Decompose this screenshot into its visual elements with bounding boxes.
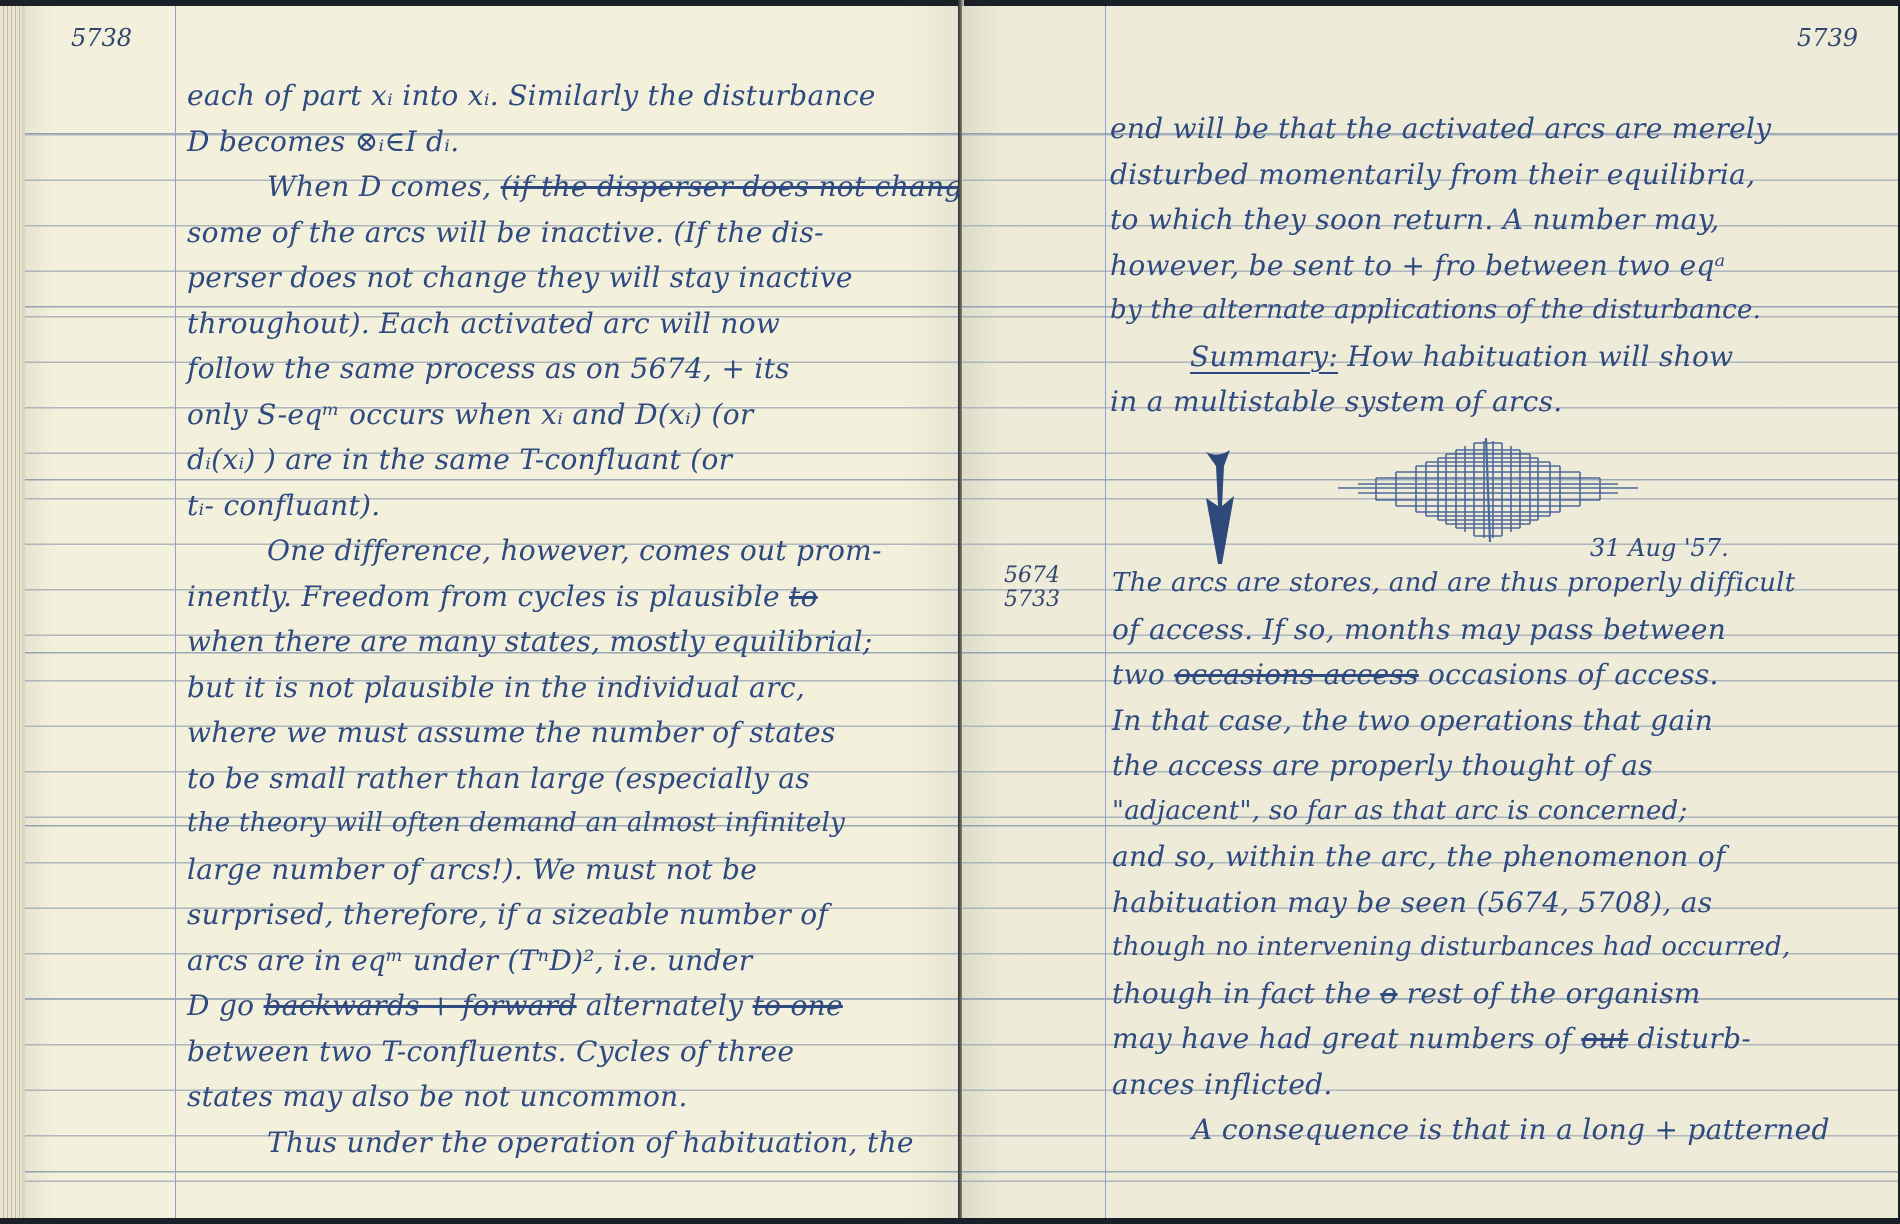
right-page-text-top: end will be that the activated arcs are … [1110, 106, 1890, 425]
line-text: may have had great numbers of [1112, 1022, 1581, 1055]
text-line: end will be that the activated arcs are … [1110, 106, 1890, 152]
line-text: throughout). Each activated arc will now [187, 307, 780, 340]
cross-reference: 5733 [1004, 588, 1060, 612]
line-text: habituation may be seen (5674, 5708), as [1112, 886, 1712, 919]
text-line: to which they soon return. A number may, [1110, 197, 1890, 243]
text-line: The arcs are stores, and are thus proper… [1112, 561, 1892, 607]
line-text: by the alternate applications of the dis… [1110, 295, 1761, 325]
struck-text: out [1581, 1022, 1628, 1055]
text-line: where we must assume the number of state… [187, 710, 957, 756]
text-line: and so, within the arc, the phenomenon o… [1112, 834, 1892, 880]
line-text: arcs are in eqᵐ under (TⁿD)², i.e. under [187, 944, 752, 977]
text-line: habituation may be seen (5674, 5708), as [1112, 880, 1892, 926]
page-edges [0, 6, 22, 1218]
line-text: D becomes ⊗ᵢ∈I dᵢ. [187, 125, 459, 158]
summary-heading: Summary: [1190, 340, 1338, 373]
text-line: large number of arcs!). We must not be [187, 847, 957, 893]
text-line: may have had great numbers of out distur… [1112, 1016, 1892, 1062]
line-text: and so, within the arc, the phenomenon o… [1112, 840, 1726, 873]
line-text: The arcs are stores, and are thus proper… [1112, 568, 1795, 598]
line-text: to be small rather than large (especiall… [187, 762, 810, 795]
right-page: 5739 end will be that the activated arcs… [962, 6, 1898, 1218]
line-text: tᵢ- confluant). [187, 489, 380, 522]
text-line: "adjacent", so far as that arc is concer… [1112, 789, 1892, 835]
line-text: though in fact the [1112, 977, 1380, 1010]
line-text: inently. Freedom from cycles is plausibl… [187, 580, 780, 613]
cross-reference: 5674 [1004, 564, 1060, 588]
line-text: Thus under the operation of habituation,… [267, 1126, 914, 1159]
text-line: some of the arcs will be inactive. (If t… [187, 210, 957, 256]
text-line: by the alternate applications of the dis… [1110, 288, 1890, 334]
text-line: only S-eqᵐ occurs when xᵢ and D(xᵢ) (or [187, 392, 957, 438]
text-line: states may also be not uncommon. [187, 1074, 957, 1120]
line-text: states may also be not uncommon. [187, 1080, 688, 1113]
text-line: though no intervening disturbances had o… [1112, 925, 1892, 971]
cross-hatched-diamond-icon [1338, 438, 1638, 542]
text-line: In that case, the two operations that ga… [1112, 698, 1892, 744]
struck-text: occasions access [1174, 658, 1419, 691]
margin-line [1105, 6, 1106, 1218]
line-text: follow the same process as on 5674, + it… [187, 352, 790, 385]
line-text: How habituation will show [1338, 340, 1733, 373]
entry-date: 31 Aug '57. [1590, 534, 1729, 562]
text-line: of access. If so, months may pass betwee… [1112, 607, 1892, 653]
text-line: tᵢ- confluant). [187, 483, 957, 529]
line-text: rest of the organism [1397, 977, 1700, 1010]
line-text: perser does not change they will stay in… [187, 261, 853, 294]
line-text: however, be sent to + fro between two eq… [1110, 249, 1725, 282]
line-text: disturb- [1628, 1022, 1751, 1055]
struck-text: (if the disperser does not change) [501, 170, 965, 203]
line-text: when there are many states, mostly equil… [187, 625, 873, 658]
struck-text: to one [753, 989, 843, 1022]
line-text: to which they soon return. A number may, [1110, 203, 1719, 236]
line-text: A consequence is that in a long + patter… [1192, 1113, 1830, 1146]
line-text: of access. If so, months may pass betwee… [1112, 613, 1726, 646]
line-text: D go [187, 989, 264, 1022]
text-line: though in fact the o rest of the organis… [1112, 971, 1892, 1017]
line-text: in a multistable system of arcs. [1110, 385, 1562, 418]
line-text: "adjacent", so far as that arc is concer… [1112, 796, 1688, 826]
line-text: alternately [577, 989, 753, 1022]
text-line: One difference, however, comes out prom- [187, 528, 957, 574]
text-line: When D comes, (if the disperser does not… [187, 164, 957, 210]
text-line: but it is not plausible in the individua… [187, 665, 957, 711]
line-text: each of part xᵢ into xᵢ. Similarly the d… [187, 79, 876, 112]
text-line: A consequence is that in a long + patter… [1112, 1107, 1892, 1153]
line-text: occasions of access. [1419, 658, 1719, 691]
line-text: dᵢ(xᵢ) ) are in the same T-confluant (or [187, 443, 732, 476]
text-line: inently. Freedom from cycles is plausibl… [187, 574, 957, 620]
struck-text: to [789, 580, 818, 613]
struck-text: o [1380, 977, 1397, 1010]
line-text: only S-eqᵐ occurs when xᵢ and D(xᵢ) (or [187, 398, 754, 431]
text-line: two occasions access occasions of access… [1112, 652, 1892, 698]
text-line: the access are properly thought of as [1112, 743, 1892, 789]
background-edge-bottom [0, 1218, 1900, 1224]
text-line: dᵢ(xᵢ) ) are in the same T-confluant (or [187, 437, 957, 483]
line-text: disturbed momentarily from their equilib… [1110, 158, 1755, 191]
text-line: ances inflicted. [1112, 1062, 1892, 1108]
text-line: the theory will often demand an almost i… [187, 801, 957, 847]
text-line: perser does not change they will stay in… [187, 255, 957, 301]
line-text: When D comes, [267, 170, 501, 203]
line-text: In that case, the two operations that ga… [1112, 704, 1713, 737]
text-line: throughout). Each activated arc will now [187, 301, 957, 347]
text-line: Summary: How habituation will show [1110, 334, 1890, 380]
text-line: follow the same process as on 5674, + it… [187, 346, 957, 392]
line-text: end will be that the activated arcs are … [1110, 112, 1771, 145]
margin-line [175, 6, 176, 1218]
page-number: 5738 [71, 24, 132, 52]
page-number: 5739 [1797, 24, 1858, 52]
line-text: One difference, however, comes out prom- [267, 534, 882, 567]
text-line: however, be sent to + fro between two eq… [1110, 243, 1890, 289]
left-page-text: each of part xᵢ into xᵢ. Similarly the d… [187, 66, 957, 1165]
line-text: some of the arcs will be inactive. (If t… [187, 216, 824, 249]
text-line: arcs are in eqᵐ under (TⁿD)², i.e. under [187, 938, 957, 984]
text-line: Thus under the operation of habituation,… [187, 1120, 957, 1166]
line-text: where we must assume the number of state… [187, 716, 836, 749]
line-text: the access are properly thought of as [1112, 749, 1653, 782]
text-line: each of part xᵢ into xᵢ. Similarly the d… [187, 73, 957, 119]
struck-text: backwards + forward [264, 989, 577, 1022]
right-page-text-bottom: The arcs are stores, and are thus proper… [1112, 561, 1892, 1153]
down-arrow-icon [1200, 446, 1240, 566]
text-line: D becomes ⊗ᵢ∈I dᵢ. [187, 119, 957, 165]
text-line: D go backwards + forward alternately to … [187, 983, 957, 1029]
line-text: but it is not plausible in the individua… [187, 671, 805, 704]
notebook-spread: 5738 each of part xᵢ into xᵢ. Similarly … [0, 0, 1900, 1224]
text-line: in a multistable system of arcs. [1110, 379, 1890, 425]
text-line: between two T-confluents. Cycles of thre… [187, 1029, 957, 1075]
line-text: ances inflicted. [1112, 1068, 1333, 1101]
cross-reference-numbers: 5674 5733 [1004, 564, 1060, 612]
text-line: to be small rather than large (especiall… [187, 756, 957, 802]
line-text: the theory will often demand an almost i… [187, 808, 845, 838]
left-page: 5738 each of part xᵢ into xᵢ. Similarly … [22, 6, 965, 1218]
line-text: surprised, therefore, if a sizeable numb… [187, 898, 828, 931]
line-text: large number of arcs!). We must not be [187, 853, 757, 886]
text-line: when there are many states, mostly equil… [187, 619, 957, 665]
line-text: between two T-confluents. Cycles of thre… [187, 1035, 794, 1068]
text-line: surprised, therefore, if a sizeable numb… [187, 892, 957, 938]
text-line: disturbed momentarily from their equilib… [1110, 152, 1890, 198]
line-text: two [1112, 658, 1174, 691]
line-text: though no intervening disturbances had o… [1112, 932, 1791, 962]
